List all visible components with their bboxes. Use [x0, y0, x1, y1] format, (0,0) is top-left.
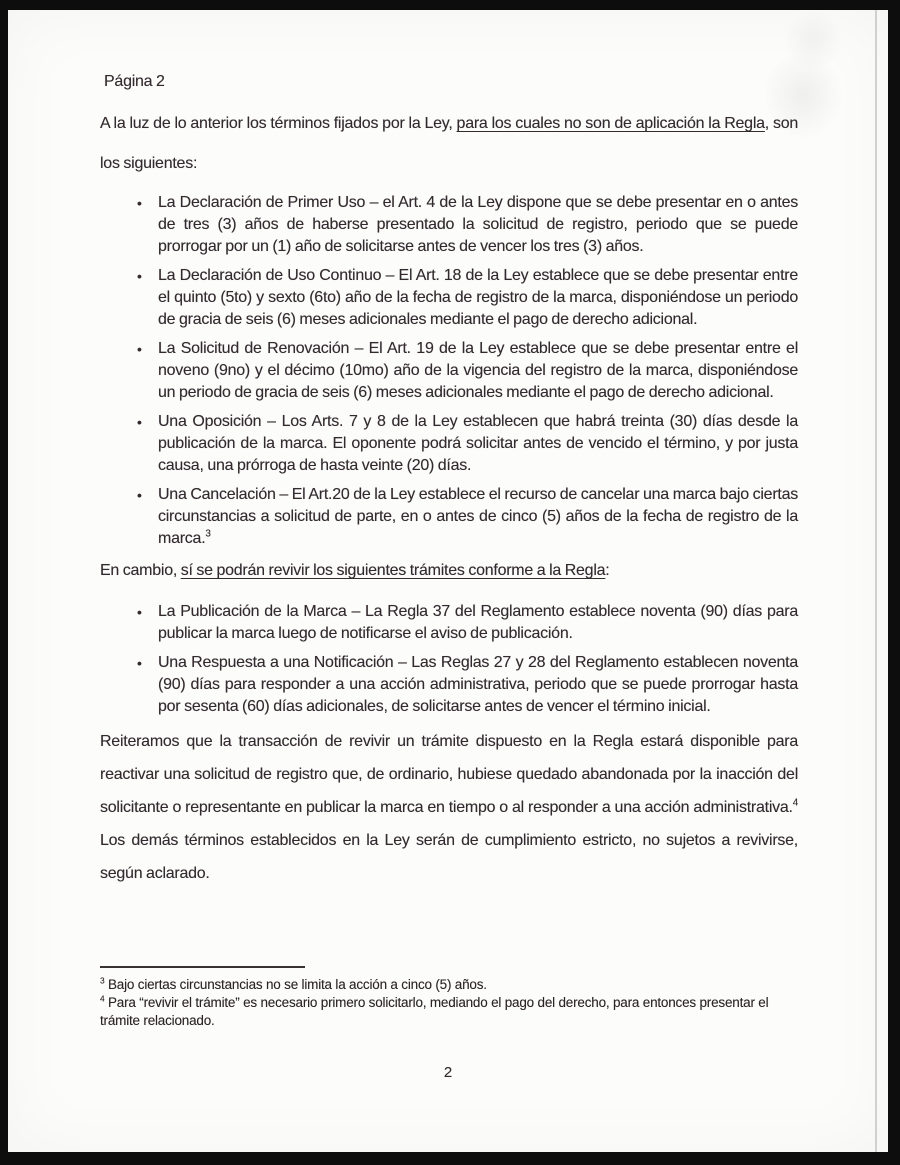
list-item: • Una Cancelación – El Art.20 de la Ley … [137, 484, 798, 550]
list-item: • La Declaración de Uso Continuo – El Ar… [137, 265, 798, 331]
list-item: • La Solicitud de Renovación – El Art. 1… [137, 338, 798, 404]
closing-text: Reiteramos que la transacción de revivir… [100, 733, 798, 816]
scan-smudge [783, 10, 843, 70]
footnotes-section: 3 Bajo ciertas circunstancias no se limi… [100, 966, 798, 1030]
page-number: 2 [8, 1064, 888, 1081]
footnote-text: Para “revivir el trámite” es necesario p… [100, 995, 768, 1028]
intro-underlined-text: para los cuales no son de aplicación la … [457, 115, 765, 132]
transition-text: : [605, 562, 609, 579]
list-item-text: La Solicitud de Renovación – El Art. 19 … [158, 338, 798, 404]
footnote-separator [100, 966, 305, 968]
bullet-icon: • [137, 601, 158, 645]
footnote-text: Bajo ciertas circunstancias no se limita… [104, 977, 486, 992]
list-item-text: Una Respuesta a una Notificación – Las R… [158, 652, 798, 718]
list-item-text: La Declaración de Uso Continuo – El Art.… [158, 265, 798, 331]
bullet-icon: • [137, 338, 158, 404]
footnote: 4 Para “revivir el trámite” es necesario… [100, 994, 798, 1030]
closing-text: Los demás términos establecidos en la Le… [100, 832, 798, 882]
revivable-terms-list: • La Publicación de la Marca – La Regla … [100, 601, 798, 718]
list-item: • La Publicación de la Marca – La Regla … [137, 601, 798, 645]
page-header-label: Página 2 [104, 72, 798, 92]
list-item-text: Una Oposición – Los Arts. 7 y 8 de la Le… [158, 411, 798, 477]
footnote-reference: 4 [793, 798, 798, 809]
transition-underlined-text: sí se podrán revivir los siguientes trám… [181, 562, 606, 579]
footnote-reference: 3 [205, 529, 210, 540]
bullet-icon: • [137, 192, 158, 258]
scanned-page: Página 2 A la luz de lo anterior los tér… [0, 0, 900, 1165]
intro-paragraph: A la luz de lo anterior los términos fij… [100, 104, 798, 184]
page-body: Página 2 A la luz de lo anterior los tér… [100, 72, 798, 890]
bullet-icon: • [137, 265, 158, 331]
bullet-icon: • [137, 484, 158, 550]
non-revivable-terms-list: • La Declaración de Primer Uso – el Art.… [100, 192, 798, 550]
intro-text: A la luz de lo anterior los términos fij… [100, 115, 457, 132]
transition-paragraph: En cambio, sí se podrán revivir los sigu… [100, 557, 798, 585]
list-item-text: La Publicación de la Marca – La Regla 37… [158, 601, 798, 645]
list-item-text: Una Cancelación – El Art.20 de la Ley es… [158, 484, 798, 550]
scan-artifact-line [875, 10, 877, 1152]
list-item-text: La Declaración de Primer Uso – el Art. 4… [158, 192, 798, 258]
bullet-icon: • [137, 652, 158, 718]
list-item: • Una Respuesta a una Notificación – Las… [137, 652, 798, 718]
list-item: • Una Oposición – Los Arts. 7 y 8 de la … [137, 411, 798, 477]
document-page: Página 2 A la luz de lo anterior los tér… [8, 10, 888, 1152]
list-item: • La Declaración de Primer Uso – el Art.… [137, 192, 798, 258]
footnote: 3 Bajo ciertas circunstancias no se limi… [100, 976, 798, 994]
bullet-icon: • [137, 411, 158, 477]
transition-text: En cambio, [100, 562, 181, 579]
closing-paragraph: Reiteramos que la transacción de revivir… [100, 725, 798, 890]
